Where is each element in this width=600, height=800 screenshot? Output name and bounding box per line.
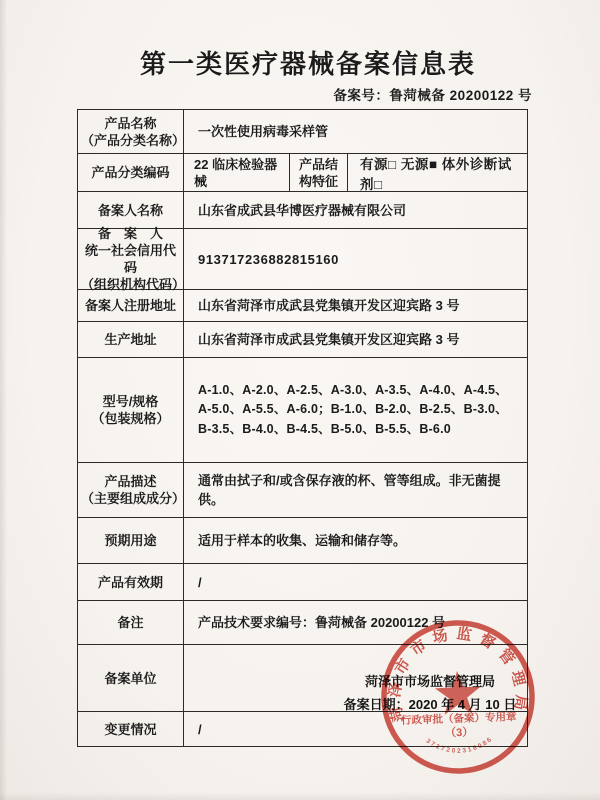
record-number: 备案号：鲁菏械备 20200122 号	[333, 84, 532, 104]
table-row-registered-address: 备案人注册地址 山东省菏泽市成武县党集镇开发区迎宾路 3 号	[78, 289, 527, 321]
seal-graphic: 菏泽市市场监督管理局 行政审批（备案）专用章 （3） 3717202316086	[371, 610, 545, 784]
classification-code-value: 22 临床检验器械	[184, 154, 290, 191]
label-line: （产品分类名称）	[81, 132, 180, 149]
model-spec-value: A-1.0、A-2.0、A-2.5、A-3.0、A-3.5、A-4.0、A-4.…	[184, 358, 527, 462]
table-row-product-description: 产品描述 （主要组成成分） 通常由拭子和/或含保存液的杯、管等组成。非无菌提供。	[78, 462, 527, 517]
production-address-label: 生产地址	[78, 322, 184, 357]
seal-number-text: （3）	[445, 725, 474, 739]
classification-label: 产品分类编码	[78, 154, 184, 191]
table-row-credit-code: 备 案 人 统一社会信用代码 （组织机构代码） 9137172368828151…	[78, 228, 527, 289]
label-line: 备 案 人	[98, 225, 163, 242]
credit-code-value: 913717236882815160	[184, 229, 527, 289]
label-line: （包装规格）	[91, 410, 169, 427]
label-line: 型号/规格	[103, 393, 159, 410]
table-row-validity: 产品有效期 /	[78, 563, 527, 600]
table-row-intended-use: 预期用途 适用于样本的收集、运输和储存等。	[78, 517, 527, 563]
table-row-product-name: 产品名称 （产品分类名称） 一次性使用病毒采样管	[78, 110, 527, 153]
label-line: （主要组成成分）	[81, 490, 180, 507]
structure-feature-label: 产品结构特征	[290, 154, 348, 191]
intended-use-label: 预期用途	[78, 518, 184, 563]
table-row-classification: 产品分类编码 22 临床检验器械 产品结构特征 有源□ 无源■ 体外诊断试剂□	[78, 153, 527, 191]
star-icon	[434, 670, 481, 715]
production-address-value: 山东省菏泽市成武县党集镇开发区迎宾路 3 号	[184, 322, 527, 357]
product-name-label: 产品名称 （产品分类名称）	[78, 110, 184, 153]
filer-name-value: 山东省成武县华博医疗器械有限公司	[184, 192, 527, 228]
registered-address-value: 山东省菏泽市成武县党集镇开发区迎宾路 3 号	[184, 290, 527, 321]
product-name-value: 一次性使用病毒采样管	[184, 110, 527, 153]
changes-label: 变更情况	[78, 712, 184, 746]
intended-use-value: 适用于样本的收集、运输和储存等。	[184, 518, 527, 563]
document-page: 第一类医疗器械备案信息表 备案号：鲁菏械备 20200122 号 产品名称 （产…	[0, 0, 600, 800]
page-title: 第一类医疗器械备案信息表	[8, 44, 600, 81]
filing-unit-label: 备案单位	[78, 645, 184, 711]
model-spec-label: 型号/规格 （包装规格）	[78, 358, 184, 462]
label-line: 产品描述	[104, 473, 156, 490]
table-row-filer-name: 备案人名称 山东省成武县华博医疗器械有限公司	[78, 191, 527, 228]
structure-feature-options: 有源□ 无源■ 体外诊断试剂□	[348, 154, 527, 191]
product-description-value: 通常由拭子和/或含保存液的杯、管等组成。非无菌提供。	[184, 463, 527, 517]
label-line: 统一社会信用代码	[81, 242, 180, 276]
validity-value: /	[184, 564, 527, 600]
product-description-label: 产品描述 （主要组成成分）	[78, 463, 184, 517]
registered-address-label: 备案人注册地址	[78, 290, 184, 321]
table-row-production-address: 生产地址 山东省菏泽市成武县党集镇开发区迎宾路 3 号	[78, 321, 527, 357]
table-row-model-spec: 型号/规格 （包装规格） A-1.0、A-2.0、A-2.5、A-3.0、A-3…	[78, 357, 527, 462]
credit-code-label: 备 案 人 统一社会信用代码 （组织机构代码）	[78, 229, 184, 289]
scan-edge-shadow	[0, 792, 600, 800]
official-seal: 菏泽市市场监督管理局 行政审批（备案）专用章 （3） 3717202316086	[371, 610, 545, 784]
validity-label: 产品有效期	[78, 564, 184, 600]
seal-purpose-text: 行政审批（备案）专用章	[401, 710, 517, 727]
remarks-label: 备注	[78, 601, 184, 644]
scan-edge-shadow	[0, 0, 7, 800]
label-line: 产品名称	[104, 115, 156, 132]
filer-name-label: 备案人名称	[78, 192, 184, 228]
